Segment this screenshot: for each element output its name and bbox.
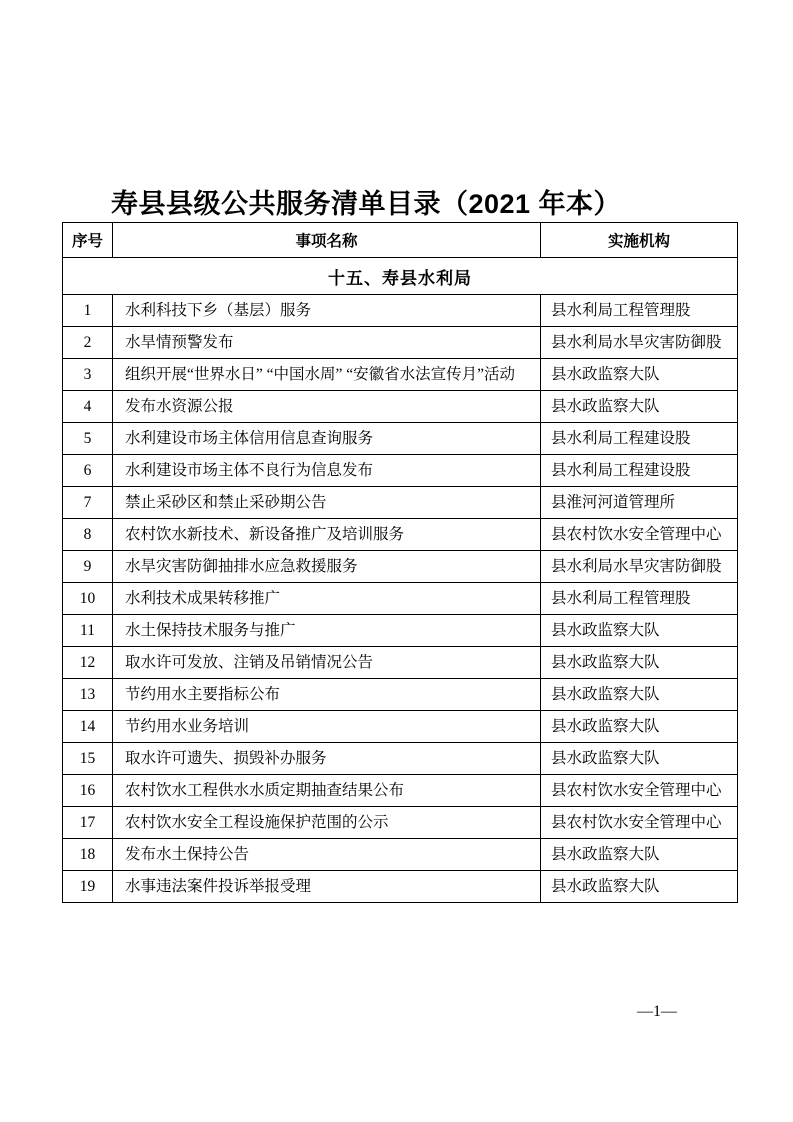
row-agency: 县水政监察大队 xyxy=(541,359,738,391)
row-item: 水利技术成果转移推广 xyxy=(113,583,541,615)
services-table: 序号 事项名称 实施机构 十五、寿县水利局 1 水利科技下乡（基层）服务 县水利… xyxy=(62,222,738,903)
table-row: 10 水利技术成果转移推广 县水利局工程管理股 xyxy=(63,583,738,615)
row-agency: 县淮河河道管理所 xyxy=(541,487,738,519)
row-item: 农村饮水工程供水水质定期抽查结果公布 xyxy=(113,775,541,807)
row-agency: 县农村饮水安全管理中心 xyxy=(541,807,738,839)
row-number: 18 xyxy=(63,839,113,871)
table-row: 14 节约用水业务培训 县水政监察大队 xyxy=(63,711,738,743)
row-agency: 县水政监察大队 xyxy=(541,679,738,711)
row-agency: 县水政监察大队 xyxy=(541,743,738,775)
table-row: 5 水利建设市场主体信用信息查询服务 县水利局工程建设股 xyxy=(63,423,738,455)
row-item: 水利建设市场主体信用信息查询服务 xyxy=(113,423,541,455)
row-number: 6 xyxy=(63,455,113,487)
row-number: 17 xyxy=(63,807,113,839)
document-page: 寿县县级公共服务清单目录（2021 年本） 序号 事项名称 实施机构 十五、寿县… xyxy=(0,0,793,1122)
row-item: 取水许可遗失、损毁补办服务 xyxy=(113,743,541,775)
row-number: 16 xyxy=(63,775,113,807)
section-header-row: 十五、寿县水利局 xyxy=(63,258,738,295)
row-agency: 县水政监察大队 xyxy=(541,391,738,423)
row-agency: 县水利局水旱灾害防御股 xyxy=(541,551,738,583)
row-number: 15 xyxy=(63,743,113,775)
section-header: 十五、寿县水利局 xyxy=(63,258,738,295)
row-agency: 县水利局工程管理股 xyxy=(541,583,738,615)
row-number: 12 xyxy=(63,647,113,679)
row-item: 组织开展“世界水日” “中国水周” “安徽省水法宣传月”活动 xyxy=(113,359,541,391)
row-item: 节约用水业务培训 xyxy=(113,711,541,743)
row-item: 水旱灾害防御抽排水应急救援服务 xyxy=(113,551,541,583)
row-number: 8 xyxy=(63,519,113,551)
row-agency: 县农村饮水安全管理中心 xyxy=(541,775,738,807)
table-row: 8 农村饮水新技术、新设备推广及培训服务 县农村饮水安全管理中心 xyxy=(63,519,738,551)
row-item: 水旱情预警发布 xyxy=(113,327,541,359)
table-row: 11 水土保持技术服务与推广 县水政监察大队 xyxy=(63,615,738,647)
table-row: 7 禁止采砂区和禁止采砂期公告 县淮河河道管理所 xyxy=(63,487,738,519)
page-title: 寿县县级公共服务清单目录（2021 年本） xyxy=(0,182,732,221)
row-number: 2 xyxy=(63,327,113,359)
table-row: 19 水事违法案件投诉举报受理 县水政监察大队 xyxy=(63,871,738,903)
table-row: 9 水旱灾害防御抽排水应急救援服务 县水利局水旱灾害防御股 xyxy=(63,551,738,583)
row-agency: 县水政监察大队 xyxy=(541,647,738,679)
row-number: 1 xyxy=(63,295,113,327)
table-row: 13 节约用水主要指标公布 县水政监察大队 xyxy=(63,679,738,711)
row-agency: 县水政监察大队 xyxy=(541,615,738,647)
col-header-item: 事项名称 xyxy=(113,223,541,258)
row-item: 节约用水主要指标公布 xyxy=(113,679,541,711)
table-row: 6 水利建设市场主体不良行为信息发布 县水利局工程建设股 xyxy=(63,455,738,487)
row-number: 10 xyxy=(63,583,113,615)
table-row: 1 水利科技下乡（基层）服务 县水利局工程管理股 xyxy=(63,295,738,327)
table-body: 十五、寿县水利局 1 水利科技下乡（基层）服务 县水利局工程管理股 2 水旱情预… xyxy=(63,258,738,903)
row-item: 水利科技下乡（基层）服务 xyxy=(113,295,541,327)
col-header-agency: 实施机构 xyxy=(541,223,738,258)
row-agency: 县水利局工程建设股 xyxy=(541,455,738,487)
table-row: 12 取水许可发放、注销及吊销情况公告 县水政监察大队 xyxy=(63,647,738,679)
row-number: 5 xyxy=(63,423,113,455)
row-item: 发布水资源公报 xyxy=(113,391,541,423)
row-agency: 县水利局工程管理股 xyxy=(541,295,738,327)
row-number: 4 xyxy=(63,391,113,423)
table-row: 4 发布水资源公报 县水政监察大队 xyxy=(63,391,738,423)
row-agency: 县水政监察大队 xyxy=(541,871,738,903)
row-item: 水土保持技术服务与推广 xyxy=(113,615,541,647)
row-agency: 县水利局水旱灾害防御股 xyxy=(541,327,738,359)
row-item: 发布水土保持公告 xyxy=(113,839,541,871)
row-agency: 县水政监察大队 xyxy=(541,839,738,871)
row-number: 9 xyxy=(63,551,113,583)
row-agency: 县水政监察大队 xyxy=(541,711,738,743)
row-item: 取水许可发放、注销及吊销情况公告 xyxy=(113,647,541,679)
row-number: 3 xyxy=(63,359,113,391)
row-item: 水利建设市场主体不良行为信息发布 xyxy=(113,455,541,487)
row-number: 7 xyxy=(63,487,113,519)
col-header-no: 序号 xyxy=(63,223,113,258)
row-number: 13 xyxy=(63,679,113,711)
row-agency: 县农村饮水安全管理中心 xyxy=(541,519,738,551)
row-item: 水事违法案件投诉举报受理 xyxy=(113,871,541,903)
row-item: 禁止采砂区和禁止采砂期公告 xyxy=(113,487,541,519)
row-number: 11 xyxy=(63,615,113,647)
table-row: 15 取水许可遗失、损毁补办服务 县水政监察大队 xyxy=(63,743,738,775)
row-number: 19 xyxy=(63,871,113,903)
table-header-row: 序号 事项名称 实施机构 xyxy=(63,223,738,258)
table-row: 2 水旱情预警发布 县水利局水旱灾害防御股 xyxy=(63,327,738,359)
row-agency: 县水利局工程建设股 xyxy=(541,423,738,455)
table-row: 16 农村饮水工程供水水质定期抽查结果公布 县农村饮水安全管理中心 xyxy=(63,775,738,807)
page-number: —1— xyxy=(612,1003,702,1021)
row-item: 农村饮水安全工程设施保护范围的公示 xyxy=(113,807,541,839)
table-row: 18 发布水土保持公告 县水政监察大队 xyxy=(63,839,738,871)
row-number: 14 xyxy=(63,711,113,743)
row-item: 农村饮水新技术、新设备推广及培训服务 xyxy=(113,519,541,551)
table-row: 17 农村饮水安全工程设施保护范围的公示 县农村饮水安全管理中心 xyxy=(63,807,738,839)
table-row: 3 组织开展“世界水日” “中国水周” “安徽省水法宣传月”活动 县水政监察大队 xyxy=(63,359,738,391)
